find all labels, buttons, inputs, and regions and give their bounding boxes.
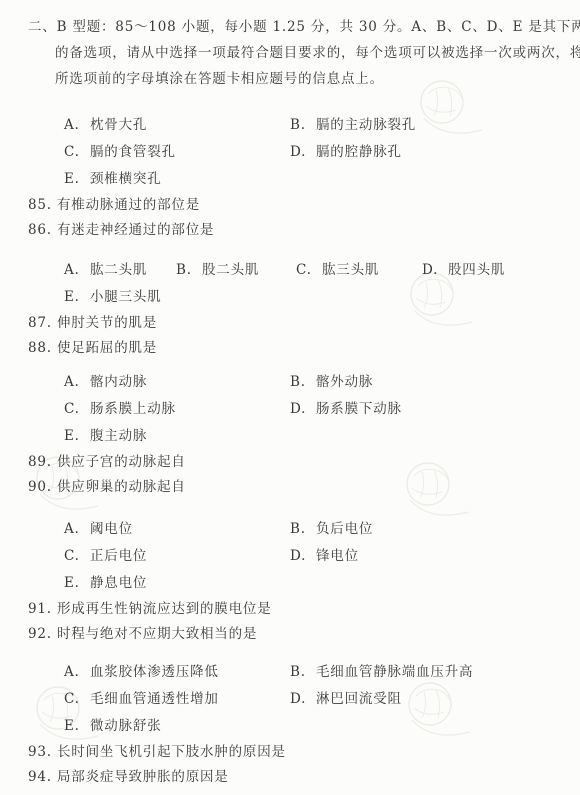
option-item-A: A.枕骨大孔 [64,112,290,139]
option-text: 颈椎横突孔 [90,171,162,187]
question-text: 有迷走神经通过的部位是 [57,218,214,243]
option-text: 淋巴回流受阻 [316,691,402,707]
exam-page: { "page": { "section_header": { "lines":… [0,0,580,795]
option-text: 小腿三头肌 [90,289,162,305]
question-text: 长时间坐飞机引起下肢水肿的原因是 [57,740,286,765]
question-item: 86.有迷走神经通过的部位是 [28,218,562,243]
option-group: A.枕骨大孔B.膈的主动脉裂孔C.膈的食管裂孔D.膈的腔静脉孔E.颈椎横突孔 [64,112,562,193]
question-number: 88. [28,336,57,361]
option-item-E: E.小腿三头肌 [64,284,562,311]
option-row: A.枕骨大孔B.膈的主动脉裂孔 [64,112,562,139]
question-number: 91. [28,597,57,622]
question-number: 92. [28,622,57,647]
option-item-E: E.颈椎横突孔 [64,166,562,193]
question-item: 90.供应卵巢的动脉起自 [28,475,562,500]
option-text: 股二头肌 [202,262,259,278]
question-number: 90. [28,475,57,500]
option-letter: B. [290,112,316,139]
option-item-B: B.髂外动脉 [290,369,562,396]
question-number: 86. [28,218,57,243]
option-text: 负后电位 [316,521,373,537]
option-text: 肱二头肌 [90,262,147,278]
option-letter: D. [422,257,448,284]
option-letter: C. [64,139,90,166]
option-letter: E. [64,713,90,740]
option-group: A.肱二头肌B.股二头肌C.肱三头肌D.股四头肌E.小腿三头肌 [64,257,562,311]
option-row: A.肱二头肌B.股二头肌C.肱三头肌D.股四头肌 [64,257,562,284]
option-group: A.髂内动脉B.髂外动脉C.肠系膜上动脉D.肠系膜下动脉E.腹主动脉 [64,369,562,450]
question-item: 93.长时间坐飞机引起下肢水肿的原因是 [28,740,562,765]
option-item-C: C.膈的食管裂孔 [64,139,290,166]
option-letter: E. [64,570,90,597]
option-row: C.膈的食管裂孔D.膈的腔静脉孔 [64,139,562,166]
option-letter: A. [64,112,90,139]
question-number: 87. [28,311,57,336]
option-text: 髂内动脉 [90,374,147,390]
option-letter: B. [176,257,202,284]
option-row: A.阈电位B.负后电位 [64,516,562,543]
option-row: C.毛细血管通透性增加D.淋巴回流受阻 [64,686,562,713]
option-item-D: D.股四头肌 [422,257,562,284]
option-letter: E. [64,423,90,450]
option-letter: D. [290,396,316,423]
option-letter: B. [290,516,316,543]
question-text: 伸肘关节的肌是 [57,311,157,336]
question-text: 形成再生性钠流应达到的膜电位是 [57,597,272,622]
option-letter: A. [64,369,90,396]
option-letter: B. [290,659,316,686]
section-header-line: 二、B 型题：85～108 小题，每小题 1.25 分，共 30 分。A、B、C… [28,14,562,40]
option-text: 肱三头肌 [322,262,379,278]
option-item-A: A.肱二头肌 [64,257,176,284]
option-item-B: B.毛细血管静脉端血压升高 [290,659,562,686]
question-item: 89.供应子宫的动脉起自 [28,450,562,475]
option-letter: C. [296,257,322,284]
option-item-B: B.负后电位 [290,516,562,543]
option-text: 阈电位 [90,521,133,537]
question-content: A.枕骨大孔B.膈的主动脉裂孔C.膈的食管裂孔D.膈的腔静脉孔E.颈椎横突孔85… [28,112,562,790]
question-item: 88.使足跖屈的肌是 [28,336,562,361]
option-letter: E. [64,166,90,193]
option-row: A.髂内动脉B.髂外动脉 [64,369,562,396]
question-item: 85.有椎动脉通过的部位是 [28,193,562,218]
option-item-C: C.毛细血管通透性增加 [64,686,290,713]
question-number: 94. [28,765,57,790]
question-item: 91.形成再生性钠流应达到的膜电位是 [28,597,562,622]
option-item-D: D.肠系膜下动脉 [290,396,562,423]
option-text: 膈的主动脉裂孔 [316,117,416,133]
option-letter: A. [64,257,90,284]
option-letter: E. [64,284,90,311]
option-row: C.肠系膜上动脉D.肠系膜下动脉 [64,396,562,423]
question-item: 92.时程与绝对不应期大致相当的是 [28,622,562,647]
option-item-E: E.静息电位 [64,570,562,597]
option-letter: D. [290,543,316,570]
option-text: 血浆胶体渗透压降低 [90,664,219,680]
option-text: 肠系膜下动脉 [316,401,402,417]
option-text: 静息电位 [90,575,147,591]
exam-document: 二、B 型题：85～108 小题，每小题 1.25 分，共 30 分。A、B、C… [0,0,580,790]
option-item-B: B.膈的主动脉裂孔 [290,112,562,139]
option-group: A.血浆胶体渗透压降低B.毛细血管静脉端血压升高C.毛细血管通透性增加D.淋巴回… [64,659,562,740]
option-letter: D. [290,686,316,713]
option-text: 枕骨大孔 [90,117,147,133]
option-item-D: D.锋电位 [290,543,562,570]
option-text: 锋电位 [316,548,359,564]
option-item-B: B.股二头肌 [176,257,296,284]
option-row: E.腹主动脉 [64,423,562,450]
option-text: 毛细血管静脉端血压升高 [316,664,473,680]
option-item-E: E.微动脉舒张 [64,713,562,740]
question-text: 时程与绝对不应期大致相当的是 [57,622,257,647]
option-row: E.颈椎横突孔 [64,166,562,193]
option-row: C.正后电位D.锋电位 [64,543,562,570]
option-row: E.微动脉舒张 [64,713,562,740]
option-text: 膈的腔静脉孔 [316,144,402,160]
question-item: 94.局部炎症导致肿胀的原因是 [28,765,562,790]
option-item-C: C.肠系膜上动脉 [64,396,290,423]
option-letter: C. [64,543,90,570]
question-text: 局部炎症导致肿胀的原因是 [57,765,229,790]
option-letter: C. [64,686,90,713]
option-item-D: D.淋巴回流受阻 [290,686,562,713]
option-item-D: D.膈的腔静脉孔 [290,139,562,166]
option-letter: B. [290,369,316,396]
option-text: 毛细血管通透性增加 [90,691,219,707]
option-item-A: A.阈电位 [64,516,290,543]
option-text: 正后电位 [90,548,147,564]
question-text: 供应卵巢的动脉起自 [57,475,186,500]
option-letter: D. [290,139,316,166]
section-header-line: 所选项前的字母填涂在答题卡相应题号的信息点上。 [55,66,562,92]
option-item-E: E.腹主动脉 [64,423,562,450]
option-letter: A. [64,516,90,543]
question-number: 93. [28,740,57,765]
option-text: 股四头肌 [448,262,505,278]
question-item: 87.伸肘关节的肌是 [28,311,562,336]
option-row: E.静息电位 [64,570,562,597]
option-text: 膈的食管裂孔 [90,144,176,160]
question-text: 供应子宫的动脉起自 [57,450,186,475]
option-text: 腹主动脉 [90,428,147,444]
question-number: 85. [28,193,57,218]
option-item-A: A.髂内动脉 [64,369,290,396]
question-text: 有椎动脉通过的部位是 [57,193,200,218]
option-row: A.血浆胶体渗透压降低B.毛细血管静脉端血压升高 [64,659,562,686]
option-row: E.小腿三头肌 [64,284,562,311]
option-text: 髂外动脉 [316,374,373,390]
option-letter: C. [64,396,90,423]
option-text: 肠系膜上动脉 [90,401,176,417]
section-header: 二、B 型题：85～108 小题，每小题 1.25 分，共 30 分。A、B、C… [28,14,562,92]
option-item-A: A.血浆胶体渗透压降低 [64,659,290,686]
question-text: 使足跖屈的肌是 [57,336,157,361]
option-item-C: C.正后电位 [64,543,290,570]
option-group: A.阈电位B.负后电位C.正后电位D.锋电位E.静息电位 [64,516,562,597]
option-text: 微动脉舒张 [90,718,162,734]
option-item-C: C.肱三头肌 [296,257,422,284]
question-number: 89. [28,450,57,475]
option-letter: A. [64,659,90,686]
section-header-line: 的备选项，请从中选择一项最符合题目要求的，每个选项可以被选择一次或两次，将 [55,40,562,66]
